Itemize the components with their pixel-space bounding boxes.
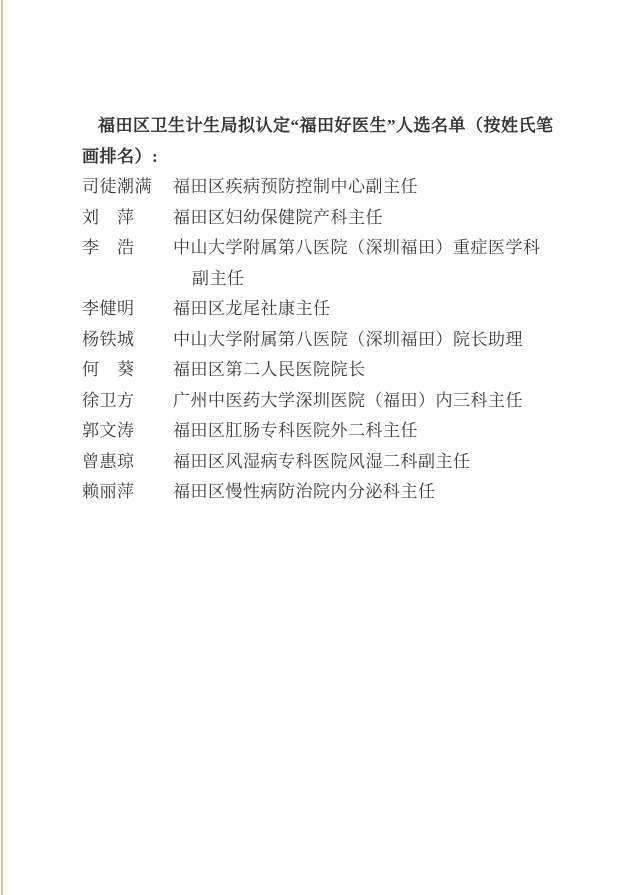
scan-edge-stripe bbox=[1, 0, 3, 895]
roster-row: 赖丽萍 福田区慢性病防治院内分泌科主任 bbox=[82, 477, 576, 508]
person-name: 李 浩 bbox=[82, 233, 173, 264]
person-name: 曾惠琼 bbox=[82, 447, 173, 478]
person-position-continuation: 副主任 bbox=[173, 264, 576, 295]
roster-row: 杨铁城 中山大学附属第八医院（深圳福田）院长助理 bbox=[82, 325, 576, 356]
document-content: 福田区卫生计生局拟认定“福田好医生”人选名单（按姓氏笔 画排名）: 司徒潮满 福… bbox=[82, 111, 576, 508]
person-position: 福田区妇幼保健院产科主任 bbox=[173, 203, 576, 234]
roster-row: 李 浩 中山大学附属第八医院（深圳福田）重症医学科 副主任 bbox=[82, 233, 576, 294]
person-position-line1: 中山大学附属第八医院（深圳福田）重症医学科 bbox=[173, 233, 576, 264]
person-position: 中山大学附属第八医院（深圳福田）院长助理 bbox=[173, 325, 576, 356]
person-position: 广州中医药大学深圳医院（福田）内三科主任 bbox=[173, 386, 576, 417]
roster-row: 曾惠琼 福田区风湿病专科医院风湿二科副主任 bbox=[82, 447, 576, 478]
roster-row: 李健明 福田区龙尾社康主任 bbox=[82, 294, 576, 325]
person-name: 刘 萍 bbox=[82, 203, 173, 234]
person-position: 中山大学附属第八医院（深圳福田）重症医学科 副主任 bbox=[173, 233, 576, 294]
person-name: 徐卫方 bbox=[82, 386, 173, 417]
document-title-line1: 福田区卫生计生局拟认定“福田好医生”人选名单（按姓氏笔 bbox=[82, 111, 576, 142]
person-position: 福田区龙尾社康主任 bbox=[173, 294, 576, 325]
roster-row: 徐卫方 广州中医药大学深圳医院（福田）内三科主任 bbox=[82, 386, 576, 417]
person-name: 李健明 bbox=[82, 294, 173, 325]
person-position: 福田区风湿病专科医院风湿二科副主任 bbox=[173, 447, 576, 478]
person-name: 赖丽萍 bbox=[82, 477, 173, 508]
roster-row: 刘 萍 福田区妇幼保健院产科主任 bbox=[82, 203, 576, 234]
document-title: 福田区卫生计生局拟认定“福田好医生”人选名单（按姓氏笔 画排名）: bbox=[82, 111, 576, 172]
person-position: 福田区疾病预防控制中心副主任 bbox=[173, 172, 576, 203]
roster-row: 何 葵 福田区第二人民医院院长 bbox=[82, 355, 576, 386]
person-position: 福田区肛肠专科医院外二科主任 bbox=[173, 416, 576, 447]
person-position: 福田区第二人民医院院长 bbox=[173, 355, 576, 386]
person-name: 何 葵 bbox=[82, 355, 173, 386]
person-name: 郭文涛 bbox=[82, 416, 173, 447]
person-position: 福田区慢性病防治院内分泌科主任 bbox=[173, 477, 576, 508]
doctor-roster: 司徒潮满 福田区疾病预防控制中心副主任 刘 萍 福田区妇幼保健院产科主任 李 浩… bbox=[82, 172, 576, 508]
person-name: 杨铁城 bbox=[82, 325, 173, 356]
document-title-line2: 画排名）: bbox=[82, 142, 576, 173]
roster-row: 郭文涛 福田区肛肠专科医院外二科主任 bbox=[82, 416, 576, 447]
person-name: 司徒潮满 bbox=[82, 172, 173, 203]
document-page: 福田区卫生计生局拟认定“福田好医生”人选名单（按姓氏笔 画排名）: 司徒潮满 福… bbox=[0, 0, 636, 895]
roster-row: 司徒潮满 福田区疾病预防控制中心副主任 bbox=[82, 172, 576, 203]
